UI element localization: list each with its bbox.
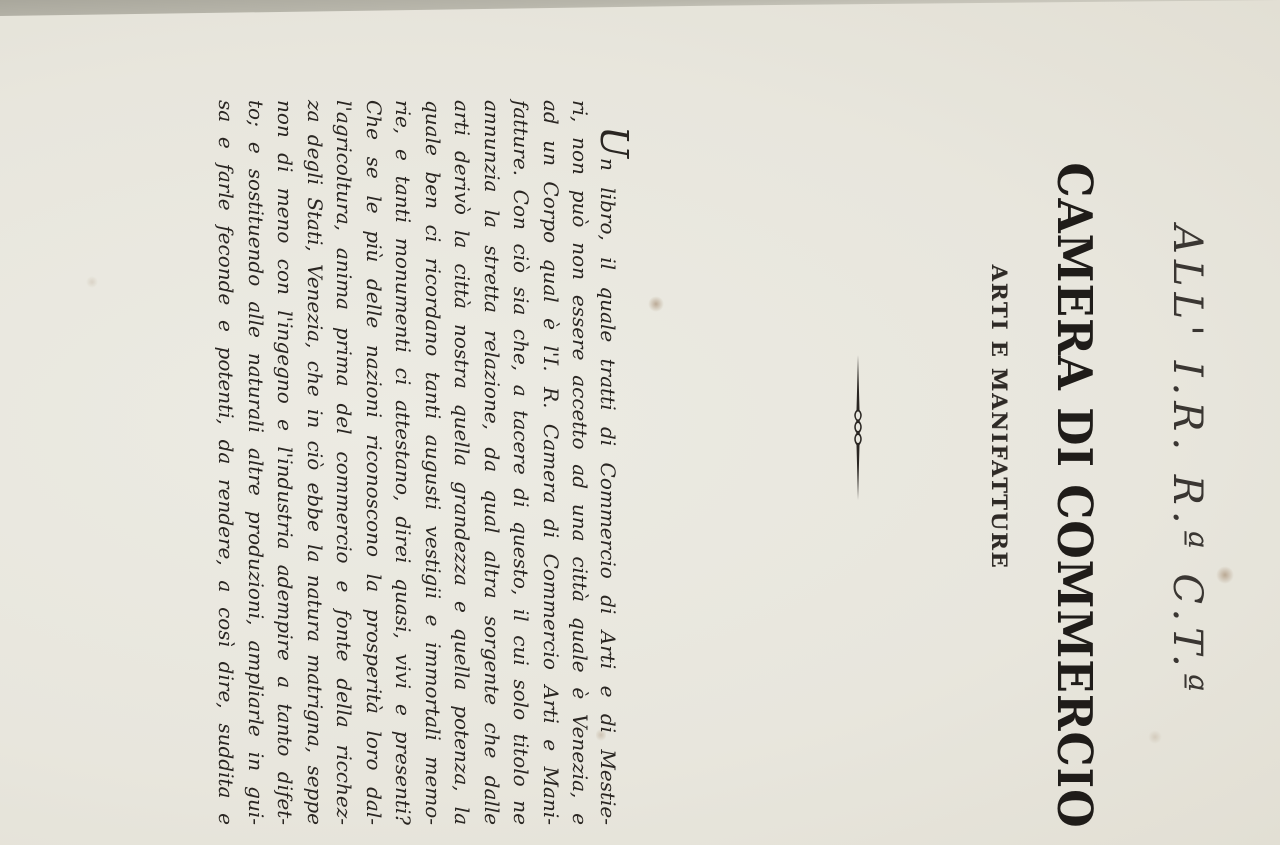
- text-line: annunzia la stretta relazione, da qual a…: [477, 100, 507, 825]
- page-title: CAMERA DI COMMERCIO: [1046, 162, 1102, 677]
- text-line: za degli Stati, Venezia, che in ciò ebbe…: [300, 100, 330, 825]
- body-paragraph: Un libro, il quale tratti di Commercio d…: [211, 100, 624, 825]
- page-subtitle: ARTI E MANIFATTURE: [987, 262, 1012, 572]
- text-line: arti derivò la città nostra quella grand…: [447, 100, 477, 825]
- text-line: to; e sostituendo alle naturali altre pr…: [241, 100, 271, 825]
- dedication-line: ALL' I.R. R.ª C.T.ª: [1164, 225, 1210, 605]
- text-line: fatture. Con ciò sia che, a tacere di qu…: [506, 100, 536, 825]
- decorative-rule-ornament: [850, 355, 866, 500]
- text-line: Che se le più delle nazioni riconoscono …: [359, 100, 389, 825]
- scanned-page-background: ALL' I.R. R.ª C.T.ª CAMERA DI COMMERCIO …: [0, 0, 1280, 845]
- text-line: sa e farle feconde e potenti, da rendere…: [211, 100, 241, 825]
- text-line: rie, e tanti monumenti ci attestano, dir…: [388, 100, 418, 825]
- text-line: l'agricoltura, anima prima del commercio…: [329, 100, 359, 825]
- drop-cap: U: [592, 126, 636, 158]
- text-line: quale ben ci ricordano tanti augusti ves…: [418, 100, 448, 825]
- text-line: ri, non può non essere accetto ad una ci…: [565, 100, 595, 825]
- text-line: Un libro, il quale tratti di Commercio d…: [595, 100, 625, 825]
- text-line: non di meno con l'ingegno e l'industria …: [270, 100, 300, 825]
- rotated-page-content: ALL' I.R. R.ª C.T.ª CAMERA DI COMMERCIO …: [0, 0, 1280, 845]
- text-line: ad un Corpo qual è l'I. R. Camera di Com…: [536, 100, 566, 825]
